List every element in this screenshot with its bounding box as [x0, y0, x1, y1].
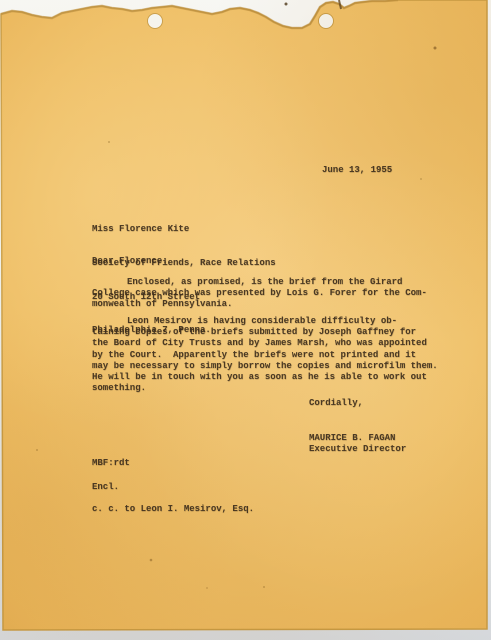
body-paragraph-2: Leon Mesirov is having considerable diff…: [92, 316, 444, 394]
typist-initials: MBF:rdt: [92, 458, 130, 469]
signature-name: MAURICE B. FAGAN: [309, 433, 395, 444]
signature-title: Executive Director: [309, 444, 406, 455]
closing: Cordially,: [309, 398, 363, 409]
enclosure-notation: Encl.: [92, 482, 119, 493]
salutation: Dear Florence:: [92, 256, 168, 267]
punch-hole-right: [319, 14, 334, 29]
scanned-letter-page: June 13, 1955 Miss Florence Kite Society…: [0, 0, 491, 640]
carbon-copy-line: c. c. to Leon I. Mesirov, Esq.: [92, 504, 254, 515]
date-line: June 13, 1955: [322, 165, 392, 176]
body-paragraph-1: Enclosed, as promised, is the brief from…: [92, 277, 444, 311]
recipient-name: Miss Florence Kite: [92, 224, 276, 235]
tear-speck: [285, 3, 288, 6]
punch-hole-left: [148, 14, 163, 29]
